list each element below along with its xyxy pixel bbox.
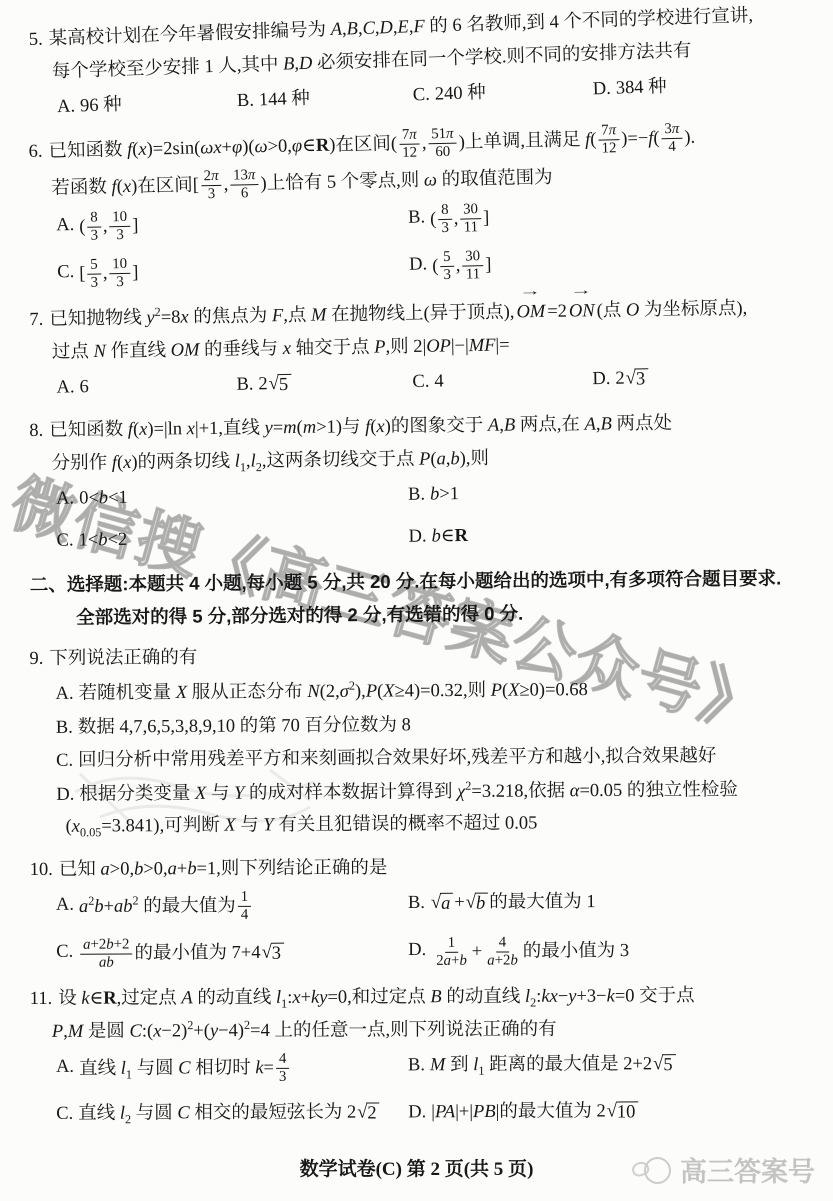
option-label: D. [56, 785, 74, 805]
option-text: b>1 [430, 478, 459, 510]
option-label: C. [57, 530, 74, 550]
option-B: B.2√5 [236, 367, 412, 402]
option-B: B.b>1 [408, 474, 829, 511]
option-A: A.6 [56, 369, 236, 404]
option-text: 直线 l2 与圆 C 相交的最短弦长为 2√2 [78, 1097, 381, 1130]
question-7: 7.已知抛物线 y2=8x 的焦点为 F,点 M 在抛物线上(异于顶点),OM=… [29, 293, 829, 405]
option-label: B. [56, 718, 73, 738]
option-text: (83,3011] [430, 201, 490, 238]
option-label: D. [408, 1102, 426, 1122]
option-A: A.(83,103] [56, 203, 409, 247]
question-number: 10. [30, 860, 53, 880]
question-number: 11. [30, 989, 53, 1009]
option-B: B.M 到 l1 距离的最大值是 2+2√5 [408, 1048, 829, 1086]
option-label: A. [56, 684, 74, 704]
option-A: A.0<b<1 [56, 479, 408, 515]
option-text: [53,103] [79, 256, 139, 293]
options: A.0<b<1B.b>1C.1<b<2D.b∈R [56, 474, 830, 557]
option-B: B.√a+√b的最大值为 1 [408, 886, 829, 924]
option-C: C.回归分析中常用残差平方和来刻画拟合效果好坏,残差平方和越小,拟合效果越好 [56, 741, 829, 778]
brand-mark: 高三答案号 [632, 1150, 815, 1189]
question-line: 10.已知 a>0,b>0,a+b=1,则下列结论正确的是 [30, 851, 829, 887]
question-line: P,M 是圆 C:(x−2)2+(y−4)2=4 上的任意一点,则下列说法正确的… [52, 1013, 829, 1048]
option-label: B. [408, 893, 425, 913]
option-B: B.(83,3011] [408, 194, 830, 239]
option-text: 12a+b+4a+2b的最小值为 3 [431, 934, 629, 971]
option-line: 根据分类变量 X 与 Y 的成对样本数据计算得到 χ2=3.218,依据 α=0… [79, 776, 738, 812]
question-line: 11.设 k∈R,过定点 A 的动直线 l1:x+ky=0,和过定点 B 的动直… [30, 980, 829, 1015]
option-text: |PA|+|PB|的最大值为 2√10 [431, 1096, 639, 1129]
option-C: C.240 种 [412, 74, 593, 112]
option-D: D.根据分类变量 X 与 Y 的成对样本数据计算得到 χ2=3.218,依据 α… [56, 775, 829, 844]
option-text: a2b+ab2 的最大值为14 [79, 889, 253, 926]
option-C: C.[53,103] [57, 250, 410, 294]
option-label: C. [56, 1103, 73, 1123]
option-text: 2√3 [615, 363, 649, 395]
option-D: D.2√3 [592, 360, 829, 396]
option-D: D.12a+b+4a+2b的最小值为 3 [408, 933, 829, 971]
question-line: 9.下列说法正确的有 [29, 639, 828, 676]
option-label: A. [56, 377, 74, 397]
option-A: A.直线 l1 与圆 C 相切时 k=43 [56, 1050, 408, 1087]
option-B: B.144 种 [236, 80, 413, 118]
option-text: 1<b<2 [78, 525, 127, 557]
question-8: 8.已知函数 f(x)=|ln x|+1,直线 y=m(m>1)与 f(x)的图… [29, 406, 830, 557]
option-text: b∈R [431, 521, 468, 553]
option-text: 数据 4,7,6,5,3,8,9,10 的第 70 百分位数为 8 [78, 710, 411, 744]
exam-page: 微信搜《高三答案公众号》 5.某高校计划在今年暑假安排编号为 A,B,C,D,E… [0, 0, 833, 1201]
option-text: (83,103] [79, 209, 139, 246]
options: A.直线 l1 与圆 C 相切时 k=43B.M 到 l1 距离的最大值是 2+… [56, 1048, 829, 1130]
option-label: A. [56, 488, 74, 508]
option-D: D.(53,3011] [409, 241, 831, 286]
option-C: C.直线 l2 与圆 C 相交的最短弦长为 2√2 [56, 1097, 408, 1130]
option-C: C.1<b<2 [56, 522, 408, 558]
option-A: A.若随机变量 X 服从正态分布 N(2,σ2),P(X≥4)=0.32,则 P… [56, 674, 829, 711]
option-text: 6 [79, 372, 89, 404]
option-label: A. [57, 96, 76, 117]
brand-mascot-icon [632, 1154, 672, 1186]
option-line: (x0.05=3.841),可判断 X 与 Y 有关且犯错误的概率不超过 0.0… [65, 807, 738, 844]
option-label: B. [408, 484, 425, 504]
option-A: A.96 种 [57, 86, 238, 124]
option-A: A.a2b+ab2 的最大值为14 [56, 888, 408, 926]
option-B: B.数据 4,7,6,5,3,8,9,10 的第 70 百分位数为 8 [56, 707, 829, 744]
question-number: 7. [29, 310, 43, 330]
option-label: A. [56, 215, 74, 235]
section-line: 二、选择题:本题共 4 小题,每小题 5 分,共 20 分.在每小题给出的选项中… [30, 562, 829, 601]
option-text: 回归分析中常用残差平方和来刻画拟合效果好坏,残差平方和越小,拟合效果越好 [78, 742, 716, 778]
option-text: 直线 l1 与圆 C 相切时 k=43 [79, 1050, 291, 1087]
option-label: C. [57, 262, 74, 282]
question-number: 5. [29, 30, 44, 50]
option-D: D.|PA|+|PB|的最大值为 2√10 [408, 1095, 829, 1129]
option-text: M 到 l1 距离的最大值是 2+2√5 [430, 1049, 677, 1082]
option-C: C.a+2b+2ab的最小值为 7+4√3 [56, 935, 408, 973]
question-9: 9.下列说法正确的有A.若随机变量 X 服从正态分布 N(2,σ2),P(X≥4… [29, 639, 829, 844]
option-label: B. [408, 1055, 425, 1075]
question-10: 10.已知 a>0,b>0,a+b=1,则下列结论正确的是A.a2b+ab2 的… [30, 851, 830, 973]
option-D: D.384 种 [592, 66, 830, 106]
brand-label: 高三答案号 [680, 1150, 815, 1189]
option-text: 384 种 [615, 72, 667, 105]
option-label: A. [56, 895, 74, 915]
option-label: C. [56, 942, 73, 962]
question-number: 9. [29, 649, 43, 669]
option-text: 4 [434, 366, 444, 398]
option-text: 240 种 [434, 78, 486, 111]
options: A.(83,103]B.(83,3011]C.[53,103]D.(53,301… [56, 194, 831, 294]
question-number: 8. [29, 420, 43, 440]
section-header: 二、选择题:本题共 4 小题,每小题 5 分,共 20 分.在每小题给出的选项中… [30, 562, 830, 634]
option-text: √a+√b的最大值为 1 [430, 887, 596, 920]
option-text: 144 种 [258, 83, 310, 116]
option-label: B. [408, 208, 425, 228]
option-text: 0<b<1 [79, 482, 128, 514]
option-label: D. [592, 78, 611, 99]
question-number: 6. [28, 142, 42, 162]
option-text: 根据分类变量 X 与 Y 的成对样本数据计算得到 χ2=3.218,依据 α=0… [79, 776, 738, 844]
option-text: 若随机变量 X 服从正态分布 N(2,σ2),P(X≥4)=0.32,则 P(X… [79, 675, 588, 710]
option-C: C.4 [412, 364, 592, 399]
option-label: C. [56, 752, 73, 772]
option-label: B. [236, 374, 253, 394]
question-list: 5.某高校计划在今年暑假安排编号为 A,B,C,D,E,F 的 6 名教师,到 … [30, 24, 829, 1141]
question-6: 6.已知函数 f(x)=2sin(ωx+φ)(ω>0,φ∈R)在区间(7π12,… [28, 118, 830, 294]
option-label: A. [56, 1056, 74, 1076]
question-11: 11.设 k∈R,过定点 A 的动直线 l1:x+ky=0,和过定点 B 的动直… [30, 980, 830, 1130]
option-text: a+2b+2ab的最小值为 7+4√3 [78, 936, 285, 973]
option-text: 96 种 [80, 90, 123, 123]
options: A.若随机变量 X 服从正态分布 N(2,σ2),P(X≥4)=0.32,则 P… [56, 674, 830, 844]
option-label: D. [409, 255, 427, 275]
option-label: D. [408, 526, 426, 546]
question-5: 5.某高校计划在今年暑假安排编号为 A,B,C,D,E,F 的 6 名教师,到 … [28, 0, 830, 124]
option-label: C. [413, 84, 431, 105]
options: A.a2b+ab2 的最大值为14B.√a+√b的最大值为 1C.a+2b+2a… [56, 886, 829, 973]
option-D: D.b∈R [408, 517, 829, 554]
section-line: 全部选对的得 5 分,部分选对的得 2 分,有选错的得 0 分. [76, 595, 829, 633]
option-label: D. [592, 369, 610, 389]
option-label: C. [412, 371, 429, 391]
option-text: (53,3011] [432, 248, 492, 285]
option-text: 2√5 [258, 369, 292, 401]
option-label: D. [408, 940, 426, 960]
option-label: B. [237, 90, 255, 111]
